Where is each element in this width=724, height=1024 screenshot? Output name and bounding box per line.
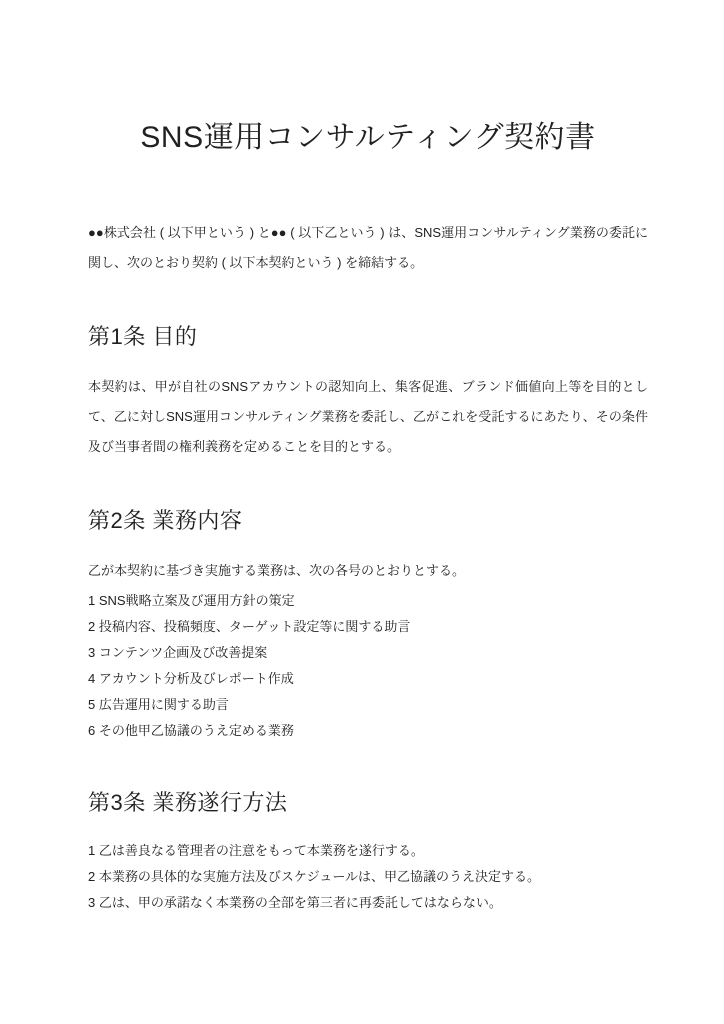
contract-preamble: ●●株式会社 ( 以下甲という ) と●● ( 以下乙という ) は、SNS運用… [88,218,648,278]
list-item: 2 本業務の具体的な実施方法及びスケジュールは、甲乙協議のうえ決定する。 [88,864,648,890]
article-1-body: 本契約は、甲が自社のSNSアカウントの認知向上、集客促進、ブランド価値向上等を目… [88,372,648,462]
list-item: 4 アカウント分析及びレポート作成 [88,666,648,692]
article-3-item-list: 1 乙は善良なる管理者の注意をもって本業務を遂行する。 2 本業務の具体的な実施… [88,838,648,916]
list-item: 6 その他甲乙協議のうえ定める業務 [88,718,648,744]
list-item: 3 コンテンツ企画及び改善提案 [88,640,648,666]
list-item: 5 広告運用に関する助言 [88,692,648,718]
article-2-body: 乙が本契約に基づき実施する業務は、次の各号のとおりとする。 [88,556,648,586]
contract-document-page: SNS運用コンサルティング契約書 ●●株式会社 ( 以下甲という ) と●● (… [0,0,724,1024]
section-article-3: 第3条 業務遂行方法 1 乙は善良なる管理者の注意をもって本業務を遂行する。 2… [88,788,648,916]
article-3-heading: 第3条 業務遂行方法 [88,788,648,818]
section-article-2: 第2条 業務内容 乙が本契約に基づき実施する業務は、次の各号のとおりとする。 1… [88,506,648,744]
article-1-heading: 第1条 目的 [88,322,648,352]
document-title: SNS運用コンサルティング契約書 [88,118,648,158]
list-item: 1 乙は善良なる管理者の注意をもって本業務を遂行する。 [88,838,648,864]
section-article-1: 第1条 目的 本契約は、甲が自社のSNSアカウントの認知向上、集客促進、ブランド… [88,322,648,462]
article-2-heading: 第2条 業務内容 [88,506,648,536]
article-2-item-list: 1 SNS戦略立案及び運用方針の策定 2 投稿内容、投稿頻度、ターゲット設定等に… [88,588,648,744]
list-item: 1 SNS戦略立案及び運用方針の策定 [88,588,648,614]
list-item: 2 投稿内容、投稿頻度、ターゲット設定等に関する助言 [88,614,648,640]
list-item: 3 乙は、甲の承諾なく本業務の全部を第三者に再委託してはならない。 [88,890,648,916]
